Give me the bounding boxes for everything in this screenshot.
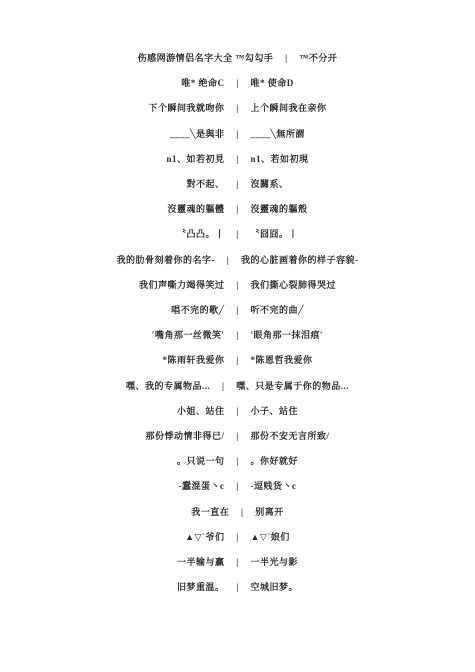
couple-name-right: *陈恩哲我爱你 bbox=[250, 348, 312, 373]
couple-name-left: 對不起、 bbox=[186, 172, 224, 197]
couple-name-right: ′眼角那一抹泪痕′ bbox=[250, 323, 323, 348]
page-title: 伤感网游情侣名字大全 ™勾勾手 | ™不分开 bbox=[0, 46, 475, 71]
couple-name-right: ™不分开 bbox=[299, 46, 337, 71]
separator-bar: | bbox=[236, 96, 238, 121]
couple-name-right: 听不完的曲╱ bbox=[250, 298, 303, 323]
separator-bar: | bbox=[241, 500, 243, 525]
couple-name-left: 唯* 绝命C bbox=[181, 71, 224, 96]
separator-bar: | bbox=[285, 46, 287, 71]
separator-bar: | bbox=[236, 197, 238, 222]
couple-name-row: 旧梦重温。 | 空城旧梦。 bbox=[0, 575, 475, 600]
couple-name-row: 我们声嘶力竭得笑过 | 我们撕心裂肺得哭过 bbox=[0, 273, 475, 298]
couple-name-right: 空城旧梦。 bbox=[250, 575, 298, 600]
couple-name-left: ____╲是與非 bbox=[170, 122, 224, 147]
couple-name-row: n1、如若初見 | n1、若如初現 bbox=[0, 147, 475, 172]
separator-bar: | bbox=[236, 525, 238, 550]
couple-name-right: 嘿、只是专属于你的物品... bbox=[236, 374, 349, 399]
couple-name-right: -逗贱货丶c bbox=[250, 474, 296, 499]
separator-bar: | bbox=[236, 550, 238, 575]
couple-name-right: ▲▽`娘们 bbox=[250, 525, 289, 550]
couple-name-left: 我们声嘶力竭得笑过 bbox=[139, 273, 225, 298]
couple-name-left: 我一直在 bbox=[191, 500, 229, 525]
couple-name-row: 下个瞬间我就吻你 | 上个瞬间我在亲你 bbox=[0, 96, 475, 121]
couple-name-left: 一半输与赢 bbox=[177, 550, 225, 575]
couple-name-right: 我的心脏画着你的样子容貌- bbox=[241, 248, 359, 273]
couple-name-row: 沒靈魂的軀體 | 沒靈魂的軀殼 bbox=[0, 197, 475, 222]
separator-bar: | bbox=[236, 424, 238, 449]
couple-name-left: -蠢混蛋丶c bbox=[179, 474, 225, 499]
couple-name-right: 别离开 bbox=[255, 500, 284, 525]
couple-name-left: 沒靈魂的軀體 bbox=[167, 197, 224, 222]
couple-name-row: ____╲是與非 | ____╲無所謂 bbox=[0, 122, 475, 147]
couple-name-left: ′嘴角那一丝微笑′ bbox=[152, 323, 225, 348]
separator-bar: | bbox=[236, 147, 238, 172]
couple-name-left: 。只说一句 bbox=[177, 449, 225, 474]
separator-bar: | bbox=[236, 172, 238, 197]
couple-name-row: 我的肋骨刻着你的名字- | 我的心脏画着你的样子容貌- bbox=[0, 248, 475, 273]
couple-name-left: 那份悸动情非得已/ bbox=[145, 424, 224, 449]
couple-name-right: 。你好就好 bbox=[250, 449, 298, 474]
couple-name-right: 沒靈魂的軀殼 bbox=[250, 197, 307, 222]
couple-name-left: 下个瞬间我就吻你 bbox=[148, 96, 224, 121]
separator-bar: | bbox=[236, 399, 238, 424]
couple-name-right: 那份不安无言所致/ bbox=[250, 424, 329, 449]
couple-name-left: ▲▽`爷们 bbox=[185, 525, 224, 550]
couple-name-left: 小姐、站住 bbox=[177, 399, 225, 424]
couple-name-row: 。只说一句 | 。你好就好 bbox=[0, 449, 475, 474]
couple-name-row: -蠢混蛋丶c | -逗贱货丶c bbox=[0, 474, 475, 499]
separator-bar: | bbox=[236, 575, 238, 600]
couple-name-row: 對不起、 | 沒關系、 bbox=[0, 172, 475, 197]
couple-name-right: 沒關系、 bbox=[250, 172, 288, 197]
couple-name-right: 唯* 使命D bbox=[250, 71, 293, 96]
couple-name-left: n1、如若初見 bbox=[166, 147, 224, 172]
separator-bar: | bbox=[236, 71, 238, 96]
separator-bar: | bbox=[236, 122, 238, 147]
couple-name-row: 那份悸动情非得已/ | 那份不安无言所致/ bbox=[0, 424, 475, 449]
couple-name-row: 〝凸凸。丨 | 〝囧囧。丨 bbox=[0, 222, 475, 247]
couple-name-list: 伤感网游情侣名字大全 ™勾勾手 | ™不分开 唯* 绝命C | 唯* 使命D 下… bbox=[0, 46, 475, 600]
separator-bar: | bbox=[236, 273, 238, 298]
couple-name-left: 〝凸凸。丨 bbox=[177, 222, 225, 247]
separator-bar: | bbox=[236, 298, 238, 323]
couple-name-left: *陈雨轩我爱你 bbox=[162, 348, 224, 373]
couple-name-row: *陈雨轩我爱你 | *陈恩哲我爱你 bbox=[0, 348, 475, 373]
couple-name-right: 小子、站住 bbox=[250, 399, 298, 424]
separator-bar: | bbox=[236, 348, 238, 373]
couple-name-row: 嘿、我的专属物品... | 嘿、只是专属于你的物品... bbox=[0, 374, 475, 399]
separator-bar: | bbox=[236, 323, 238, 348]
separator-bar: | bbox=[236, 474, 238, 499]
document-page: 伤感网游情侣名字大全 ™勾勾手 | ™不分开 唯* 绝命C | 唯* 使命D 下… bbox=[0, 0, 475, 672]
couple-name-left: 伤感网游情侣名字大全 ™勾勾手 bbox=[138, 46, 274, 71]
couple-name-left: 我的肋骨刻着你的名字- bbox=[117, 248, 216, 273]
separator-bar: | bbox=[222, 374, 224, 399]
couple-name-right: 一半光与影 bbox=[250, 550, 298, 575]
couple-name-row: 小姐、站住 | 小子、站住 bbox=[0, 399, 475, 424]
couple-name-row: 一半输与赢 | 一半光与影 bbox=[0, 550, 475, 575]
couple-name-row: 唱不完的歌╱ | 听不完的曲╱ bbox=[0, 298, 475, 323]
couple-name-left: 唱不完的歌╱ bbox=[171, 298, 224, 323]
couple-name-row: 唯* 绝命C | 唯* 使命D bbox=[0, 71, 475, 96]
couple-name-row: 我一直在 | 别离开 bbox=[0, 500, 475, 525]
couple-name-row: ▲▽`爷们 | ▲▽`娘们 bbox=[0, 525, 475, 550]
couple-name-row: ′嘴角那一丝微笑′ | ′眼角那一抹泪痕′ bbox=[0, 323, 475, 348]
couple-name-right: ____╲無所謂 bbox=[250, 122, 304, 147]
couple-name-right: 上个瞬间我在亲你 bbox=[250, 96, 326, 121]
separator-bar: | bbox=[236, 449, 238, 474]
couple-name-right: n1、若如初現 bbox=[250, 147, 308, 172]
couple-name-right: 我们撕心裂肺得哭过 bbox=[250, 273, 336, 298]
couple-name-left: 嘿、我的专属物品... bbox=[126, 374, 210, 399]
couple-name-right: 〝囧囧。丨 bbox=[250, 222, 298, 247]
separator-bar: | bbox=[236, 222, 238, 247]
couple-name-left: 旧梦重温。 bbox=[177, 575, 225, 600]
separator-bar: | bbox=[227, 248, 229, 273]
